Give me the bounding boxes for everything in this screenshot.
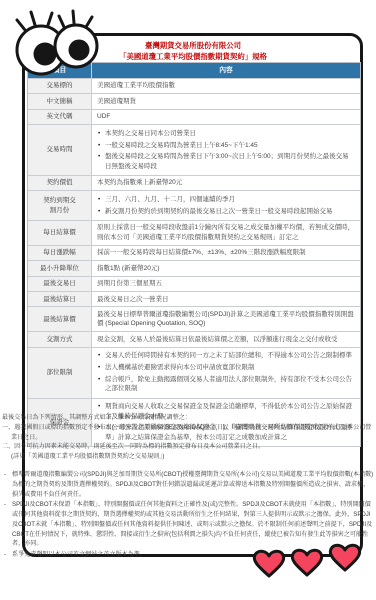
row-bullet: 綜合帳戶，除免主動揭露個別交易人者適用法人部位限制外，持有部位不受本公司公告之部… [97,375,355,394]
table-row: 部位限制 交易人於任何時間持有本契約同一方之未了結部位總和，不得逾本公司公告之限… [28,348,360,399]
row-bullet: 三月、六月、九月、十二月，四個連續的季月 [97,195,355,204]
footnote-reference: (詳見「美國道瓊工業平均股價指數期貨契約之交易規則」) [11,452,374,461]
row-text: 現金交割，交易人於最後結算日依最後結算價之差額，以淨額進行現金之交付或收受 [97,335,355,344]
table-row: 每日結算價 原則上採當日一般交易時段收盤前1分鐘內所有交易之成交量加權平均價，若… [28,221,360,246]
row-bullet: 新交割月份契約於到期契約的最後交易日之次一營業日一般交易時段起開始交易 [97,207,355,216]
row-bullet: 法人機構基於避險需求得向本公司申請放寬部位限制 [97,363,355,372]
disclaimer-item: 標準普爾道瓊指數編製公司(SPDJI)與芝加哥期貨交易所(CBOT)授權臺灣期貨… [2,470,374,499]
row-label: 中文簡稱 [28,94,92,108]
row-label: 部位限制 [28,348,92,398]
row-label: 交易時間 [28,125,92,175]
table-row: 最後交易日 到期月份第三個星期五 [28,277,360,292]
row-text: 原則上採當日一般交易時段收盤前1分鐘內所有交易之成交量加權平均價，若無成交價時，… [97,223,355,242]
table-row: 最後結算價 最後交易日標準普爾道瓊指數編製公司(SPDJI)計算之美國道瓊工業平… [28,307,360,332]
row-label: 每日結算價 [28,221,92,245]
table-row: 交易標的 美國道瓊工業平均股價指數 [28,79,360,94]
row-bullet: 盤後交易時段之交易時間為營業日下午3:00~次日上午5:00；到期月份契約之最後… [97,152,355,171]
footnote-item: 一、遇我國假日或標的指數預定不發布日(一般來說指美國NYSE及NASDAQ休市日… [2,423,374,442]
row-label: 每日漲跌幅 [28,246,92,260]
row-text: UDF [97,112,355,121]
table-row: 交易時間 本契約之交易日同本公司營業日 一般交易時段之交易時間為營業日上午8:4… [28,125,360,176]
row-label: 最後結算日 [28,292,92,306]
table-row: 最後結算日 最後交易日之次一營業日 [28,292,360,307]
googly-eyes-icon [8,4,110,80]
row-bullet: 交易人於任何時間持有本契約同一方之未了結部位總和，不得逾本公司公告之限制標準 [97,351,355,360]
table-row: 中文簡稱 美國道瓊期貨 [28,94,360,109]
row-text: 美國道瓊工業平均股價指數 [97,81,355,90]
row-label: 最後交易日 [28,277,92,291]
row-text: 最後交易日之次一營業日 [97,295,355,304]
heart-icon [249,538,369,588]
row-label: 最後結算價 [28,307,92,331]
row-text: 美國道瓊期貨 [97,97,355,106]
table-row: 最小升降單位 指數1點 (新臺幣20元) [28,261,360,276]
row-label: 契約價值 [28,176,92,190]
row-label: 最小升降單位 [28,261,92,275]
row-bullet: 一般交易時段之交易時間為營業日上午8:45~下午1:45 [97,141,355,150]
table-row: 契約到期交割月份 三月、六月、九月、十二月，四個連續的季月 新交割月份契約於到期… [28,191,360,221]
table-row: 英文代碼 UDF [28,110,360,125]
row-text: 最後交易日標準普爾道瓊指數編製公司(SPDJI)計算之美國道瓊工業平均股價指數特… [97,310,355,329]
row-label: 契約到期交割月份 [43,196,77,215]
header-content: 內容 [92,63,360,78]
row-bullet: 本契約之交易日同本公司營業日 [97,129,355,138]
row-text: 本契約為指數乘上新臺幣20元 [97,178,355,187]
table-row: 每日漲跌幅 採前一一般交易時段每日結算價±7%、±13%、±20%三階段漲跌幅度… [28,246,360,261]
row-text: 到期月份第三個星期五 [97,279,355,288]
footnote-item: 二、因不可抗力因素未能交易時，則延後至次一同時為標的指數預定發布日及本公司營業日… [2,442,374,451]
spec-table: 項目 內容 交易標的 美國道瓊工業平均股價指數 中文簡稱 美國道瓊期貨 英文代碼… [27,62,361,447]
row-label: 交易標的 [28,79,92,93]
row-text: 採前一一般交易時段每日結算價±7%、±13%、±20%三階段漲跌幅度限制 [97,248,355,257]
row-label: 英文代碼 [28,110,92,124]
row-label: 交割方式 [28,332,92,346]
footnote-intro: 最後交易日為下列情形，其調整方式如下，惟本公司得視情況調整之： [2,413,374,422]
row-text: 指數1點 (新臺幣20元) [97,264,355,273]
table-row: 契約價值 本契約為指數乘上新臺幣20元 [28,176,360,191]
table-row: 交割方式 現金交割，交易人於最後結算日依最後結算價之差額，以淨額進行現金之交付或… [28,332,360,347]
